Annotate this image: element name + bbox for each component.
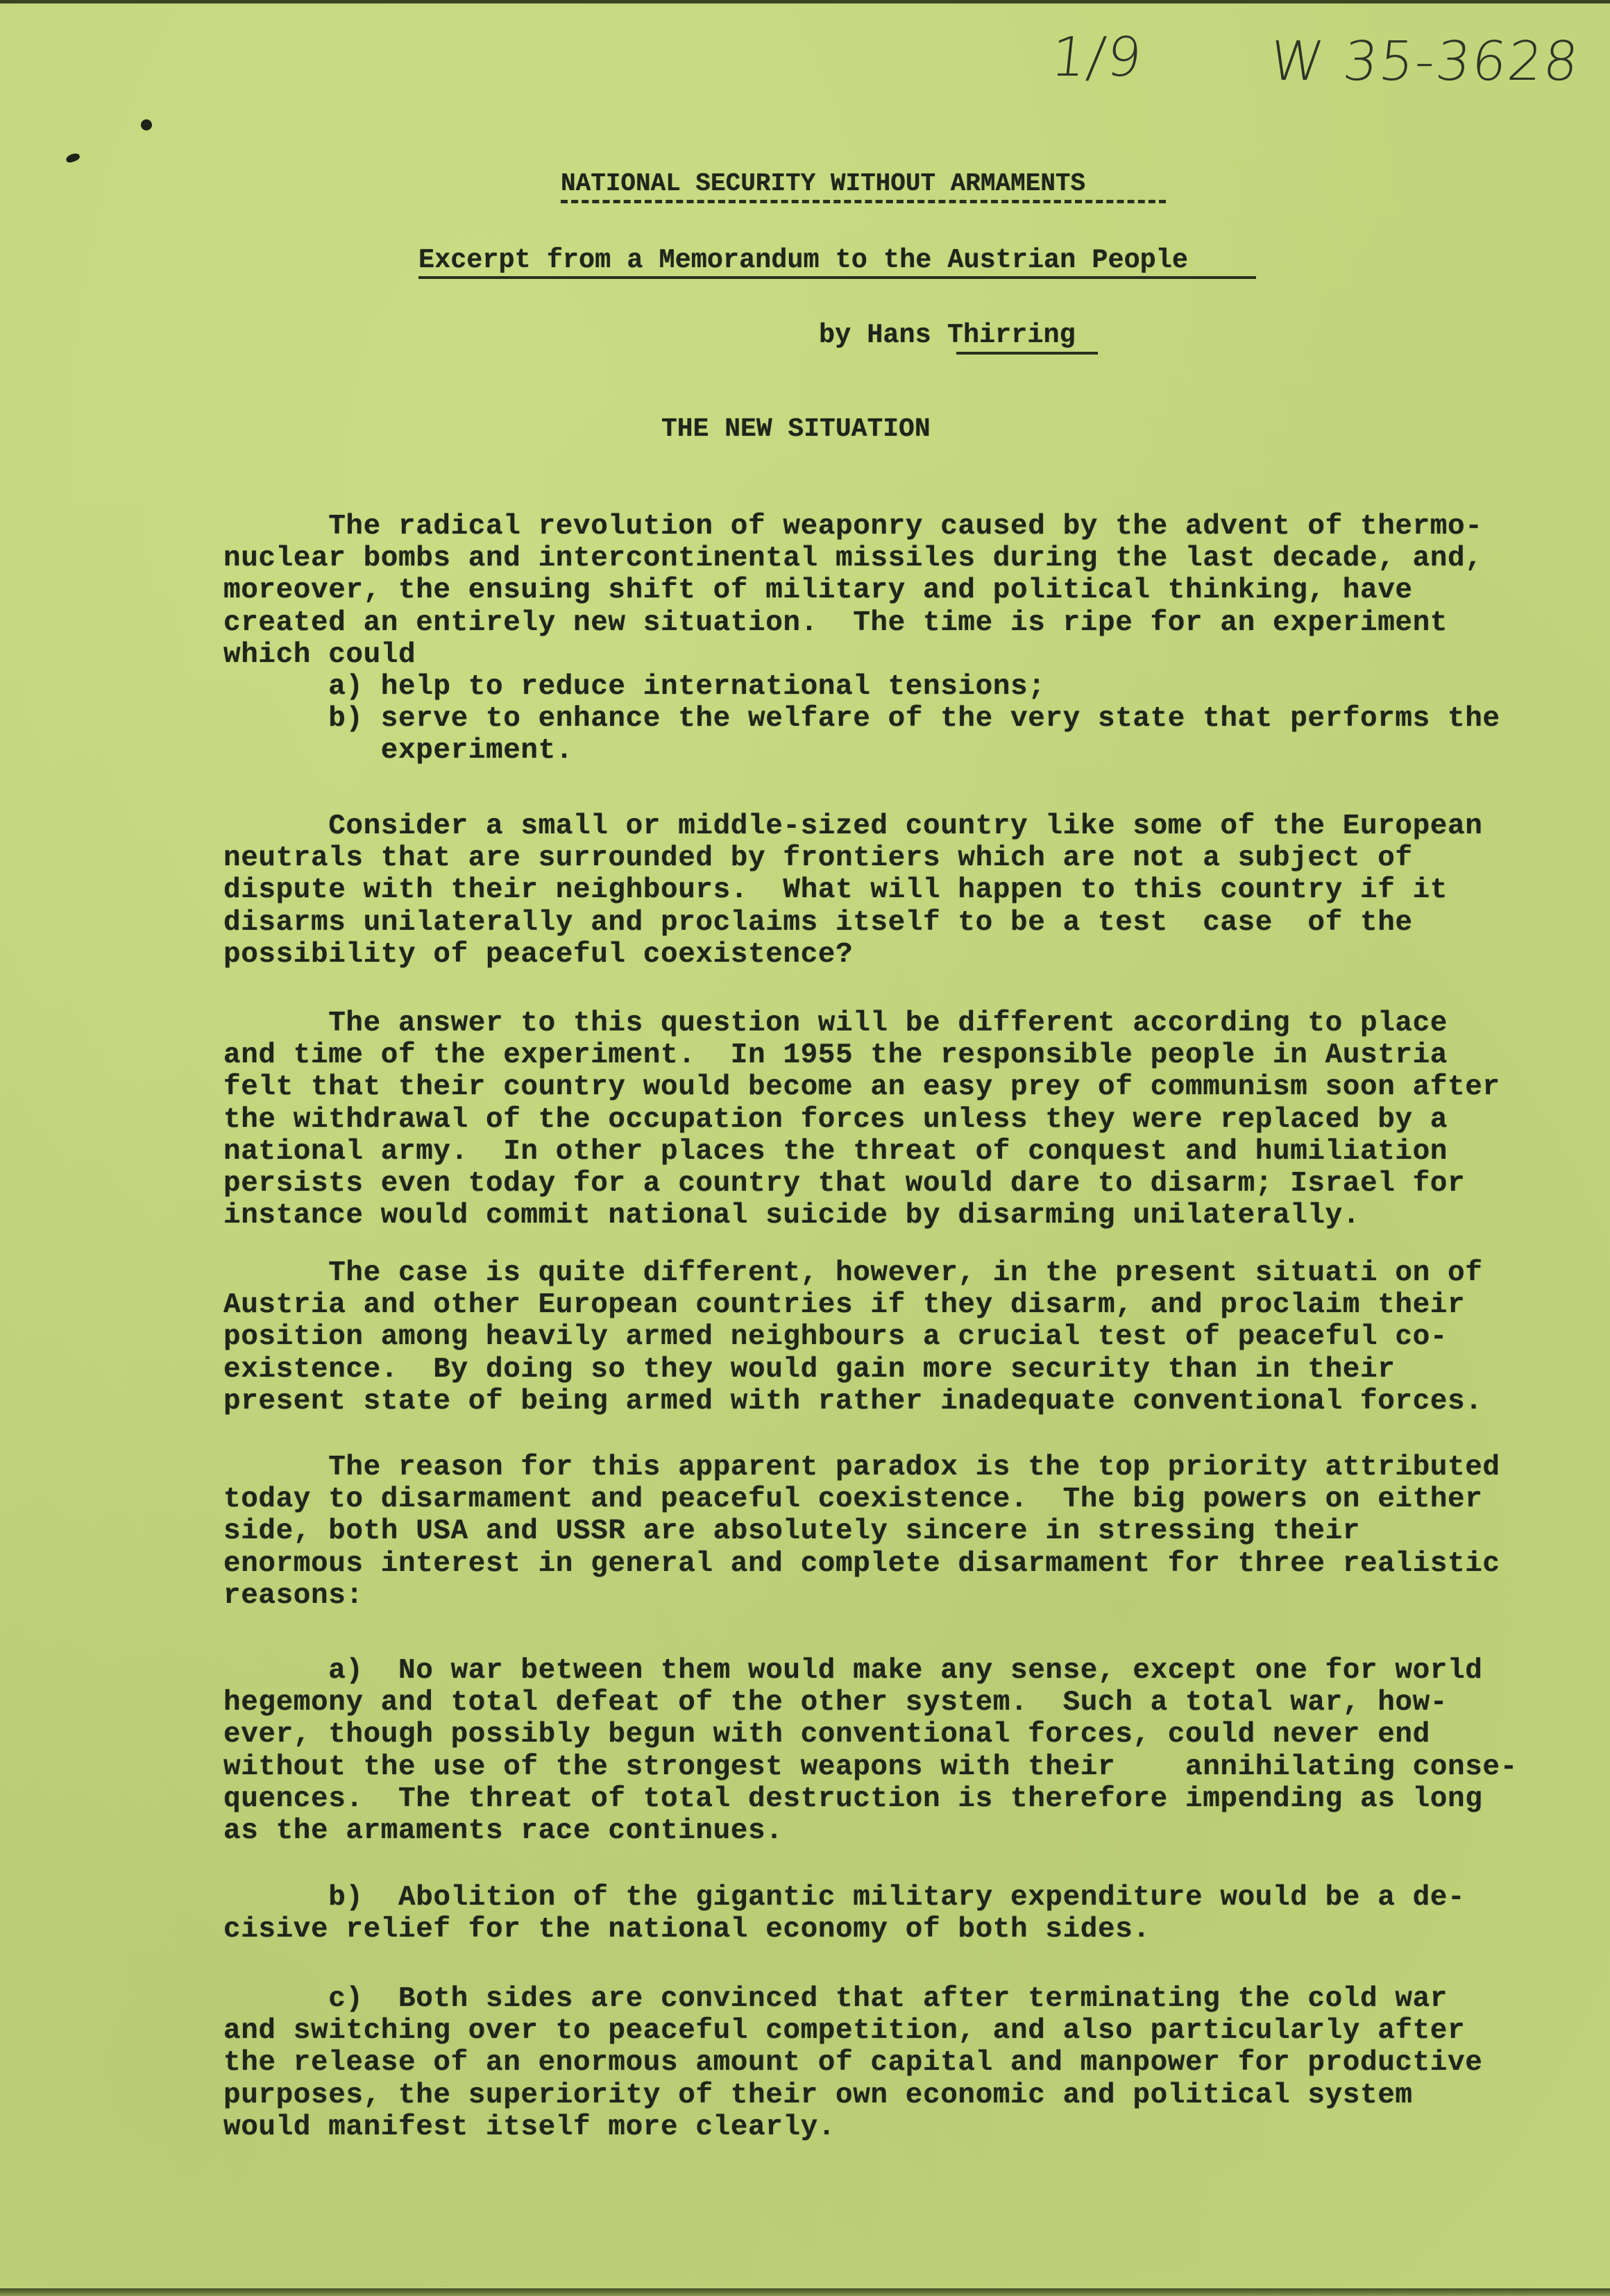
text-line: side, both USA and USSR are absolutely s… — [223, 1515, 1360, 1547]
text-line: and switching over to peaceful competiti… — [223, 2015, 1465, 2047]
text-line: felt that their country would become an … — [223, 1071, 1500, 1103]
handwritten-archive-reference: W 35-3628 — [1266, 31, 1582, 93]
text-line: moreover, the ensuing shift of military … — [223, 575, 1413, 606]
document-title: NATIONAL SECURITY WITHOUT ARMAMENTS — [561, 168, 1085, 200]
text-line: position among heavily armed neighbours … — [223, 1321, 1448, 1353]
text-line: hegemony and total defeat of the other s… — [223, 1687, 1448, 1719]
text-line: existence. By doing so they would gain m… — [223, 1354, 1395, 1386]
text-line: reasons: — [223, 1580, 364, 1612]
text-line: b) serve to enhance the welfare of the v… — [223, 703, 1500, 735]
text-line: a) No war between them would make any se… — [223, 1655, 1482, 1687]
text-line: present state of being armed with rather… — [223, 1386, 1482, 1418]
text-line: Austria and other European countries if … — [223, 1289, 1465, 1321]
scan-top-edge — [0, 0, 1610, 3]
text-line: possibility of peaceful coexistence? — [223, 939, 853, 971]
text-line: disarms unilaterally and proclaims itsel… — [223, 907, 1413, 939]
text-line: The answer to this question will be diff… — [223, 1007, 1448, 1039]
text-line: purposes, the superiority of their own e… — [223, 2080, 1413, 2111]
text-line: The case is quite different, however, in… — [223, 1257, 1482, 1289]
text-line: a) help to reduce international tensions… — [223, 671, 1045, 703]
text-line: dispute with their neighbours. What will… — [223, 874, 1448, 906]
text-line: instance would commit national suicide b… — [223, 1200, 1360, 1232]
text-line: enormous interest in general and complet… — [223, 1548, 1500, 1580]
text-line: quences. The threat of total destruction… — [223, 1783, 1482, 1815]
text-line: The radical revolution of weaponry cause… — [223, 511, 1482, 543]
text-line: today to disarmament and peaceful coexis… — [223, 1483, 1482, 1515]
ink-speck — [141, 119, 152, 130]
text-line: neutrals that are surrounded by frontier… — [223, 842, 1413, 874]
author-surname: Thirring — [947, 320, 1076, 350]
text-line: c) Both sides are convinced that after t… — [223, 1983, 1448, 2015]
text-line: and time of the experiment. In 1955 the … — [223, 1039, 1448, 1071]
text-line: as the armaments race continues. — [223, 1815, 783, 1847]
text-line: the withdrawal of the occupation forces … — [223, 1104, 1448, 1136]
text-line: persists even today for a country that w… — [223, 1168, 1465, 1200]
text-line: nuclear bombs and intercontinental missi… — [223, 543, 1482, 575]
scan-bottom-edge — [0, 2288, 1610, 2296]
ink-speck — [65, 152, 81, 164]
text-line: created an entirely new situation. The t… — [223, 607, 1448, 639]
subtitle-underline — [418, 276, 1256, 279]
text-line: ever, though possibly begun with convent… — [223, 1719, 1430, 1751]
text-line: would manifest itself more clearly. — [223, 2111, 836, 2143]
byline-prefix: by Hans — [819, 320, 947, 350]
byline: by Hans Thirring — [819, 319, 1076, 351]
handwritten-page-marker: 1/9 — [1048, 26, 1146, 89]
text-line: which could — [223, 639, 416, 671]
text-line: b) Abolition of the gigantic military ex… — [223, 1882, 1465, 1914]
text-line: Consider a small or middle-sized country… — [223, 810, 1482, 842]
text-line: experiment. — [223, 735, 573, 767]
document-subtitle: Excerpt from a Memorandum to the Austria… — [418, 244, 1188, 276]
title-underline — [561, 200, 1166, 203]
text-line: The reason for this apparent paradox is … — [223, 1452, 1500, 1483]
text-line: without the use of the strongest weapons… — [223, 1751, 1518, 1783]
author-underline — [956, 352, 1098, 355]
text-line: the release of an enormous amount of cap… — [223, 2047, 1482, 2079]
text-line: cisive relief for the national economy o… — [223, 1914, 1151, 1946]
section-heading: THE NEW SITUATION — [661, 414, 931, 445]
text-line: national army. In other places the threa… — [223, 1136, 1448, 1168]
